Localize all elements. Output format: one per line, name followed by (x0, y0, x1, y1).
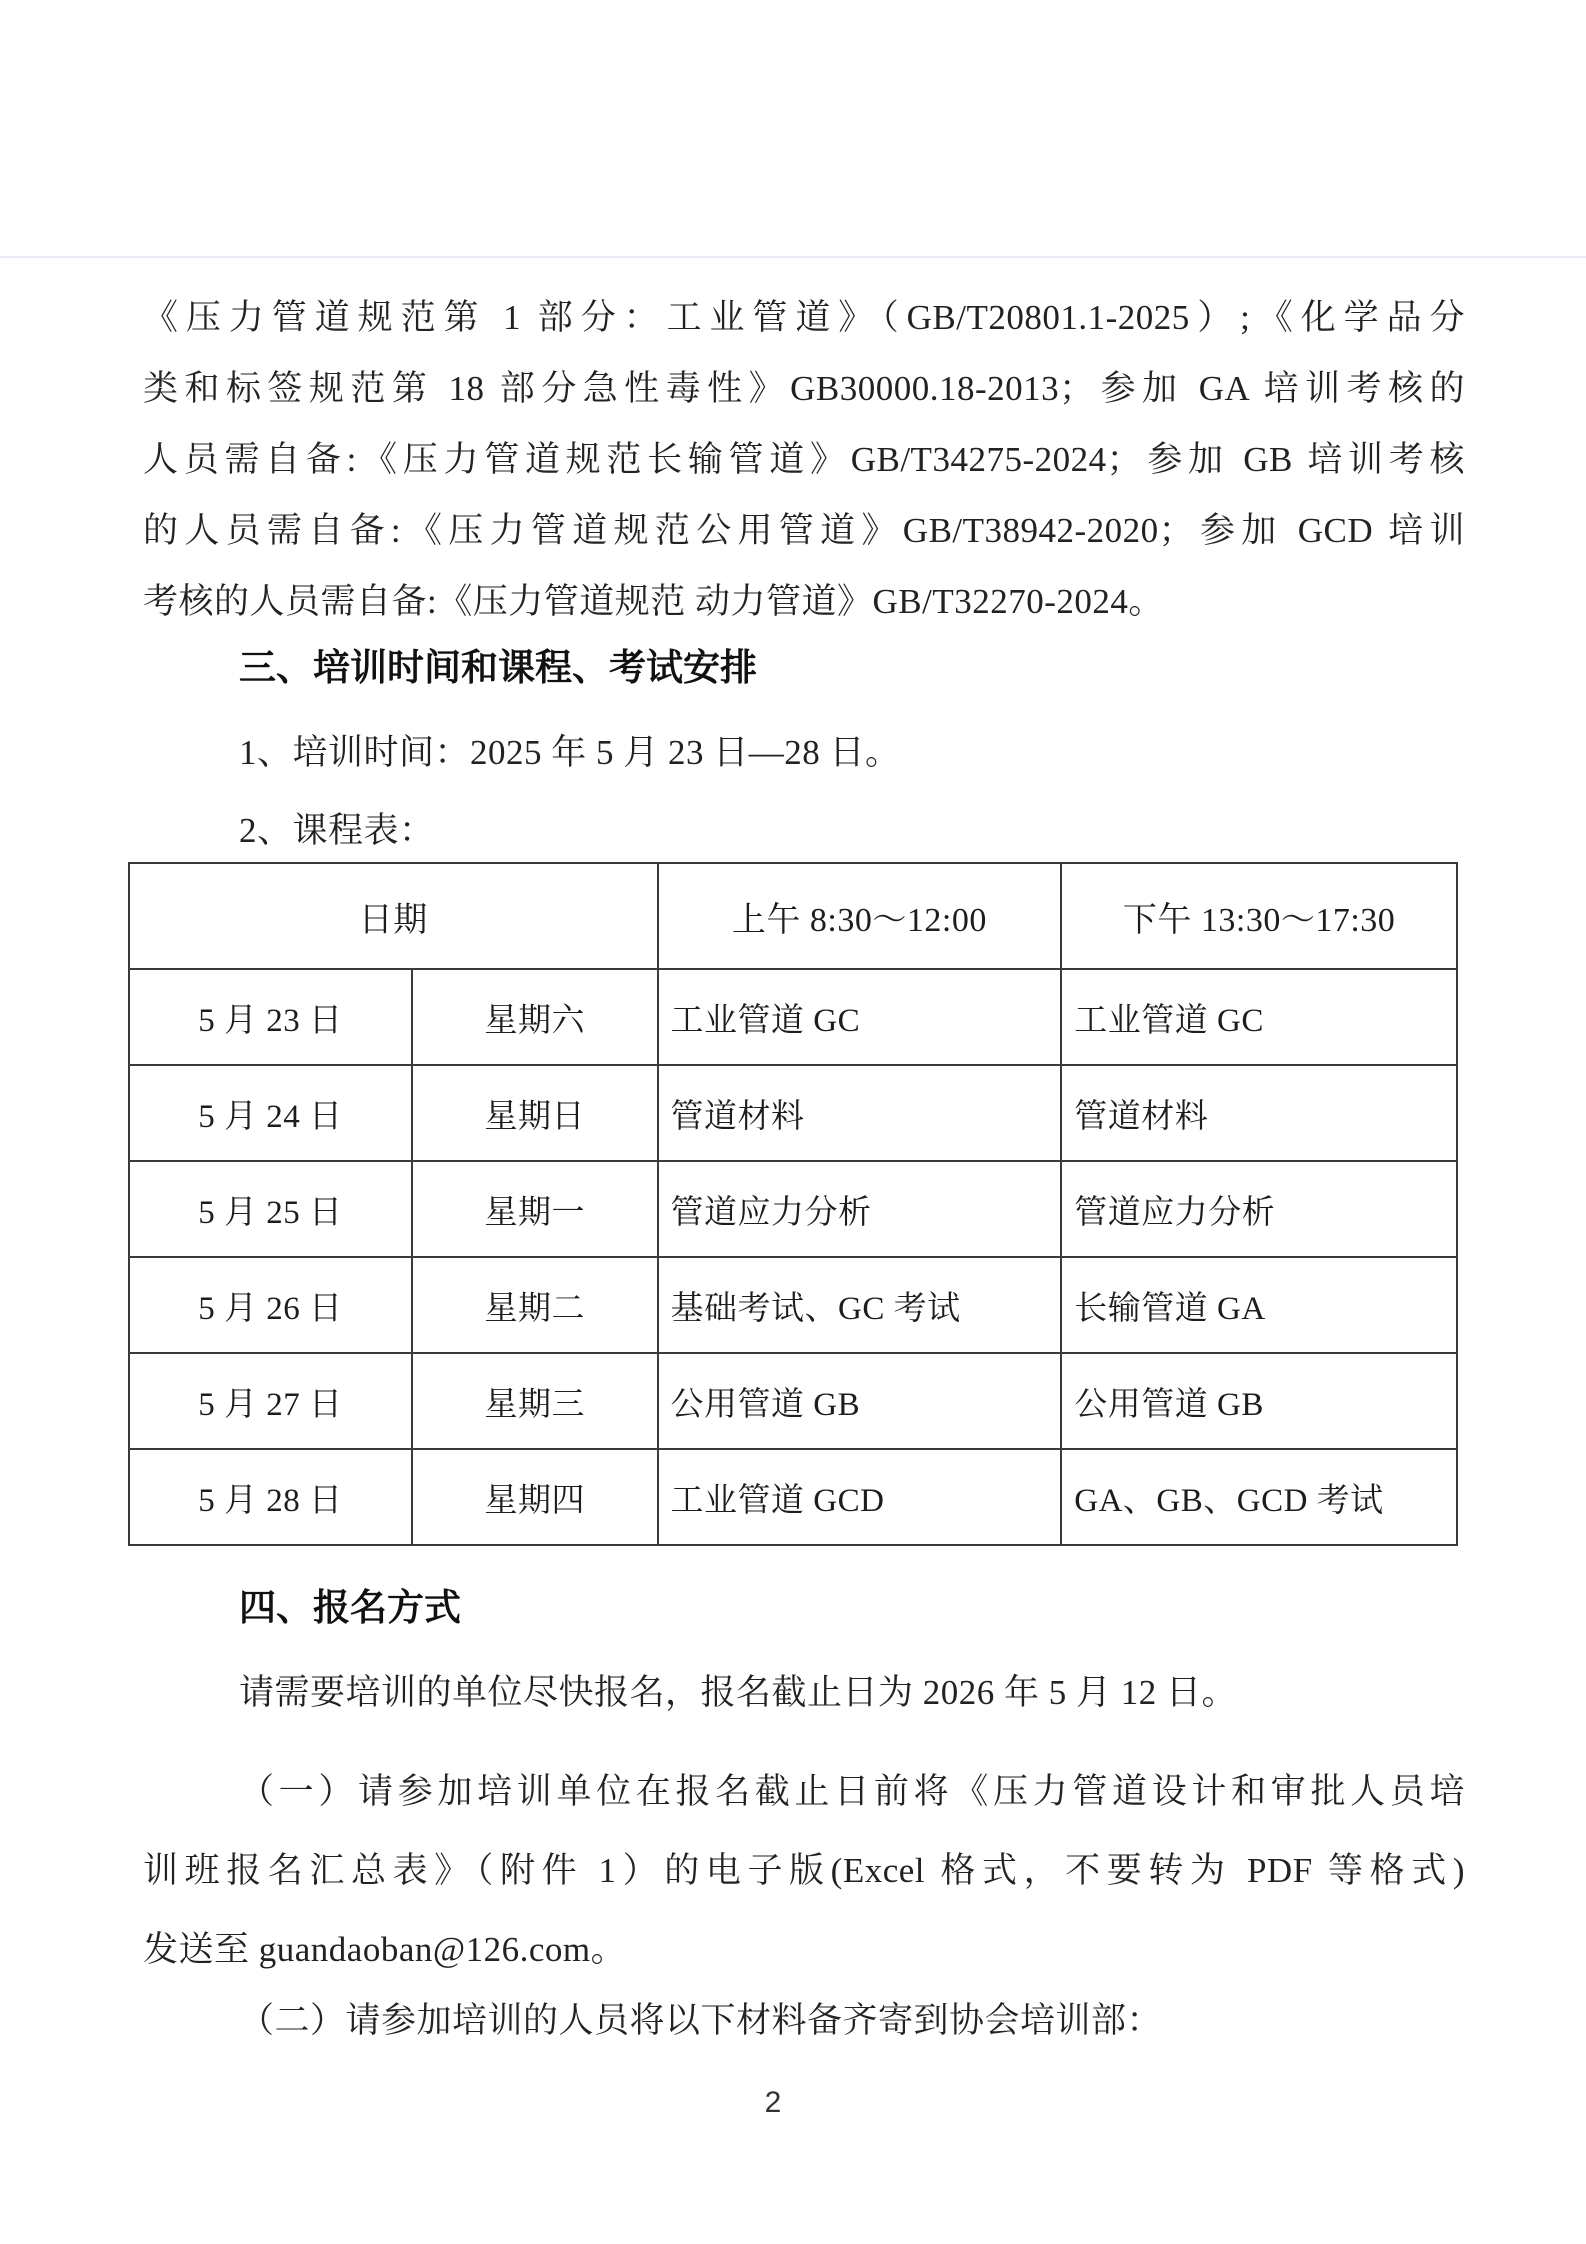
cell-morning: 基础考试、GC 考试 (658, 1257, 1062, 1353)
training-time-line: 1、培训时间：2025 年 5 月 23 日—28 日。 (143, 728, 1465, 778)
header-morning: 上午 8:30～12:00 (658, 863, 1062, 969)
registration-item2-line: （二）请参加培训的人员将以下材料备齐寄到协会培训部： (143, 1996, 1465, 2046)
item1-line: （一）请参加培训单位在报名截止日前将《压力管道设计和审批人员培 (143, 1752, 1465, 1831)
item1-line: 训班报名汇总表》（附件 1）的电子版(Excel 格式，不要转为 PDF 等格式… (143, 1831, 1465, 1910)
cell-date: 5 月 23 日 (129, 969, 412, 1065)
cell-morning: 工业管道 GC (658, 969, 1062, 1065)
intro-line: 人员需自备:《压力管道规范长输管道》GB/T34275-2024；参加 GB 培… (143, 424, 1465, 495)
table-row: 5 月 26 日 星期二 基础考试、GC 考试 长输管道 GA (129, 1257, 1457, 1353)
cell-afternoon: 工业管道 GC (1061, 969, 1457, 1065)
cell-date: 5 月 25 日 (129, 1161, 412, 1257)
section3-heading: 三、培训时间和课程、考试安排 (143, 644, 1465, 692)
intro-line: 类和标签规范第 18 部分急性毒性》GB30000.18-2013；参加 GA … (143, 353, 1465, 424)
item1-line: 发送至 guandaoban@126.com。 (143, 1910, 1465, 1989)
scan-edge-line (0, 256, 1586, 258)
cell-weekday: 星期一 (412, 1161, 658, 1257)
cell-weekday: 星期日 (412, 1065, 658, 1161)
schedule-table: 日期 上午 8:30～12:00 下午 13:30～17:30 5 月 23 日… (128, 862, 1458, 1546)
registration-item1-paragraph: （一）请参加培训单位在报名截止日前将《压力管道设计和审批人员培 训班报名汇总表》… (143, 1752, 1465, 1989)
table-header-row: 日期 上午 8:30～12:00 下午 13:30～17:30 (129, 863, 1457, 969)
schedule-label-line: 2、课程表： (143, 806, 1465, 856)
cell-afternoon: 公用管道 GB (1061, 1353, 1457, 1449)
document-page: 《压力管道规范第 1 部分：工业管道》（GB/T20801.1-2025）;《化… (0, 0, 1586, 2244)
cell-afternoon: 管道应力分析 (1061, 1161, 1457, 1257)
cell-weekday: 星期二 (412, 1257, 658, 1353)
table-row: 5 月 27 日 星期三 公用管道 GB 公用管道 GB (129, 1353, 1457, 1449)
page-number: 2 (0, 2086, 1546, 2120)
intro-line: 考核的人员需自备:《压力管道规范 动力管道》GB/T32270-2024。 (143, 566, 1465, 637)
table-row: 5 月 25 日 星期一 管道应力分析 管道应力分析 (129, 1161, 1457, 1257)
header-date: 日期 (129, 863, 658, 969)
cell-morning: 公用管道 GB (658, 1353, 1062, 1449)
intro-line: 的人员需自备:《压力管道规范公用管道》GB/T38942-2020；参加 GCD… (143, 495, 1465, 566)
deadline-line: 请需要培训的单位尽快报名，报名截止日为 2026 年 5 月 12 日。 (143, 1668, 1465, 1718)
cell-afternoon: 管道材料 (1061, 1065, 1457, 1161)
cell-date: 5 月 26 日 (129, 1257, 412, 1353)
table-row: 5 月 28 日 星期四 工业管道 GCD GA、GB、GCD 考试 (129, 1449, 1457, 1545)
cell-date: 5 月 28 日 (129, 1449, 412, 1545)
section4-heading: 四、报名方式 (143, 1584, 1465, 1632)
cell-weekday: 星期六 (412, 969, 658, 1065)
cell-date: 5 月 27 日 (129, 1353, 412, 1449)
cell-morning: 管道材料 (658, 1065, 1062, 1161)
cell-afternoon: 长输管道 GA (1061, 1257, 1457, 1353)
table-row: 5 月 24 日 星期日 管道材料 管道材料 (129, 1065, 1457, 1161)
cell-date: 5 月 24 日 (129, 1065, 412, 1161)
intro-line: 《压力管道规范第 1 部分：工业管道》（GB/T20801.1-2025）;《化… (143, 282, 1465, 353)
table-row: 5 月 23 日 星期六 工业管道 GC 工业管道 GC (129, 969, 1457, 1065)
cell-weekday: 星期四 (412, 1449, 658, 1545)
cell-afternoon: GA、GB、GCD 考试 (1061, 1449, 1457, 1545)
header-afternoon: 下午 13:30～17:30 (1061, 863, 1457, 969)
cell-morning: 工业管道 GCD (658, 1449, 1062, 1545)
cell-weekday: 星期三 (412, 1353, 658, 1449)
cell-morning: 管道应力分析 (658, 1161, 1062, 1257)
intro-paragraph: 《压力管道规范第 1 部分：工业管道》（GB/T20801.1-2025）;《化… (143, 282, 1465, 637)
